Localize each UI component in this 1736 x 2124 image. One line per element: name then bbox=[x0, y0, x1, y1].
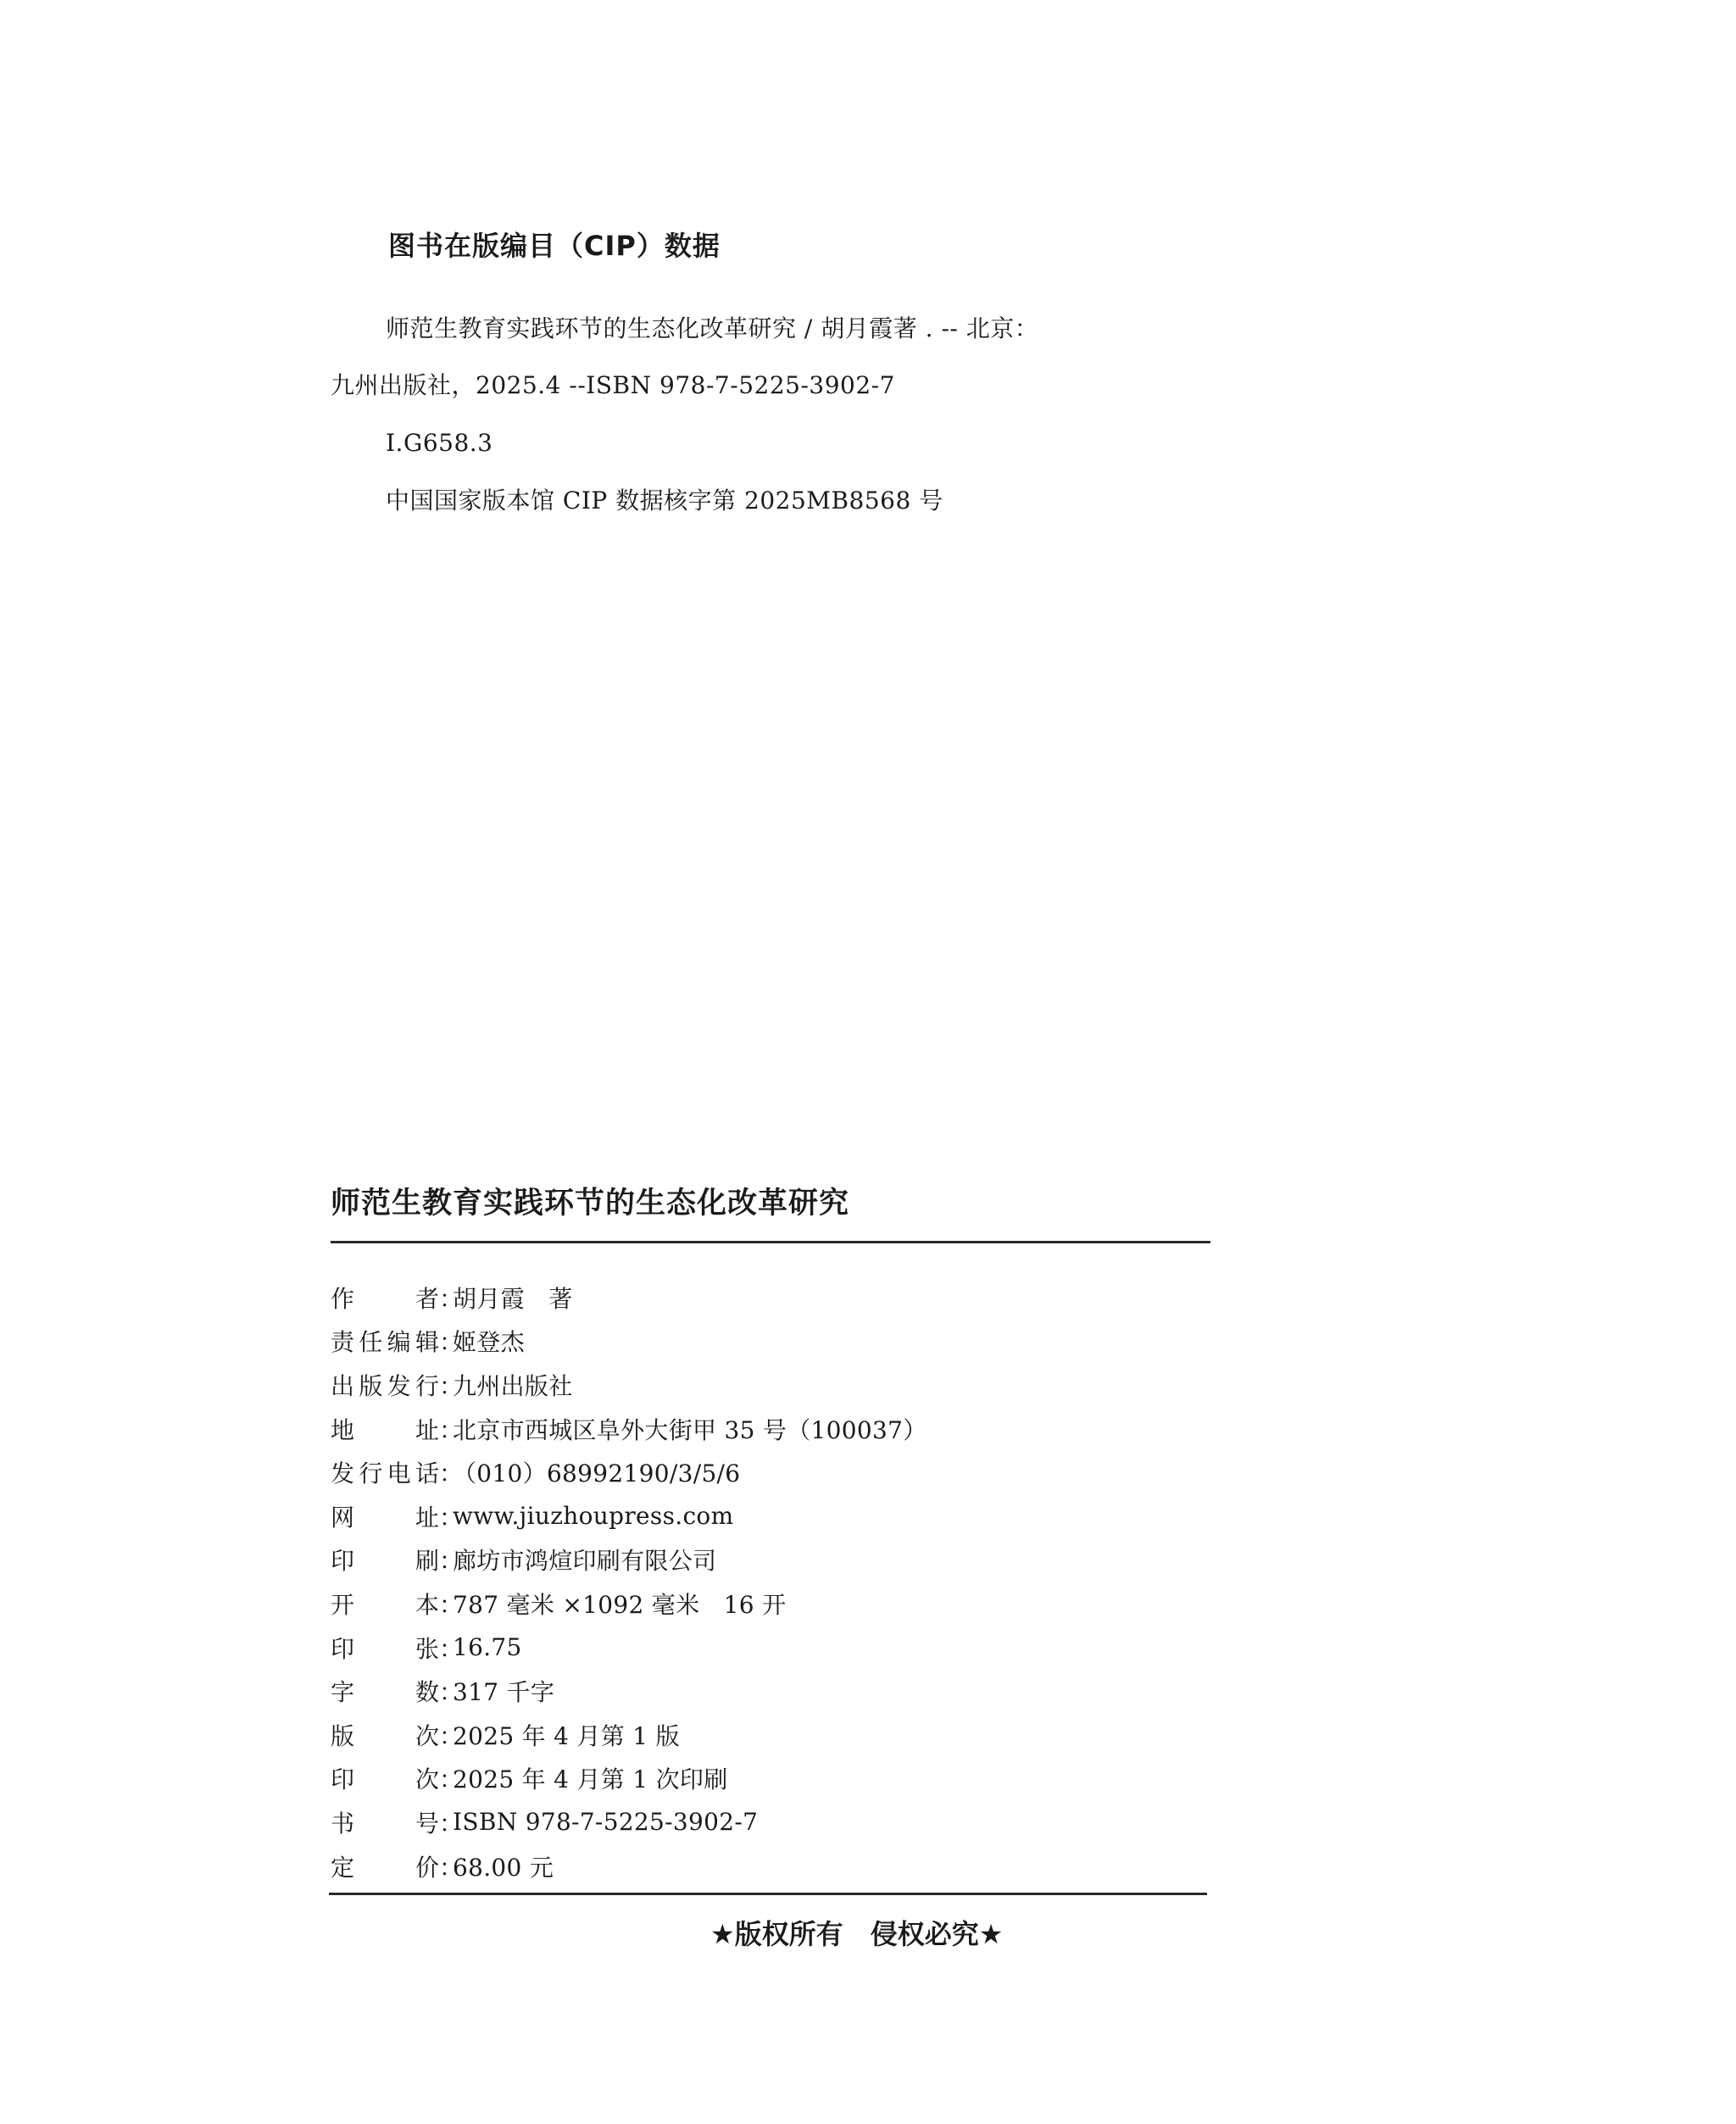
info-row-address: 地址：北京市西城区阜外大街甲 35 号（100037） bbox=[331, 1407, 927, 1451]
info-colon: ： bbox=[439, 1412, 453, 1446]
info-label: 责任编辑 bbox=[331, 1324, 439, 1358]
cip-record-number: 中国国家版本馆 CIP 数据核字第 2025MB8568 号 bbox=[386, 486, 943, 516]
info-value: 68.00 元 bbox=[453, 1849, 554, 1883]
info-row-author: 作者：胡月霞 著 bbox=[331, 1276, 927, 1320]
info-value: 廊坊市鸿煊印刷有限公司 bbox=[453, 1543, 716, 1576]
info-value: 787 毫米 ×1092 毫米 16 开 bbox=[453, 1587, 786, 1621]
publication-info-list: 作者：胡月霞 著 责任编辑：姬登杰 出版发行：九州出版社 地址：北京市西城区阜外… bbox=[331, 1276, 927, 1888]
info-label: 字数 bbox=[331, 1674, 439, 1708]
info-row-price: 定价：68.00 元 bbox=[331, 1844, 927, 1888]
info-label: 网址 bbox=[331, 1499, 439, 1533]
info-colon: ： bbox=[439, 1718, 453, 1752]
info-row-website: 网址：www.jiuzhoupress.com bbox=[331, 1494, 927, 1538]
info-colon: ： bbox=[439, 1674, 453, 1708]
info-value: 2025 年 4 月第 1 次印刷 bbox=[453, 1761, 728, 1795]
info-value: ISBN 978-7-5225-3902-7 bbox=[453, 1808, 758, 1836]
info-label: 开本 bbox=[331, 1587, 439, 1621]
info-value: 九州出版社 bbox=[453, 1368, 573, 1402]
info-label: 地址 bbox=[331, 1412, 439, 1446]
info-colon: ： bbox=[439, 1587, 453, 1621]
top-divider bbox=[331, 1241, 1210, 1243]
info-label: 印刷 bbox=[331, 1543, 439, 1576]
info-row-edition: 版次：2025 年 4 月第 1 版 bbox=[331, 1713, 927, 1757]
info-label: 印次 bbox=[331, 1761, 439, 1795]
info-value: 胡月霞 著 bbox=[453, 1281, 573, 1315]
info-colon: ： bbox=[439, 1368, 453, 1402]
info-value: 16.75 bbox=[453, 1633, 522, 1661]
info-label: 发行电话 bbox=[331, 1455, 439, 1489]
info-label: 版次 bbox=[331, 1718, 439, 1752]
info-colon: ： bbox=[439, 1543, 453, 1576]
info-colon: ： bbox=[439, 1805, 453, 1839]
info-colon: ： bbox=[439, 1631, 453, 1665]
info-colon: ： bbox=[439, 1281, 453, 1315]
info-colon: ： bbox=[439, 1455, 453, 1489]
info-row-phone: 发行电话：（010）68992190/3/5/6 bbox=[331, 1450, 927, 1494]
info-row-printer: 印刷：廊坊市鸿煊印刷有限公司 bbox=[331, 1538, 927, 1582]
bottom-divider bbox=[329, 1893, 1207, 1895]
info-label: 书号 bbox=[331, 1805, 439, 1839]
info-value: 2025 年 4 月第 1 版 bbox=[453, 1718, 680, 1752]
copyright-page: 图书在版编目（CIP）数据 师范生教育实践环节的生态化改革研究 / 胡月霞著 .… bbox=[0, 0, 1736, 2124]
info-value: 北京市西城区阜外大街甲 35 号（100037） bbox=[453, 1412, 927, 1446]
book-title: 师范生教育实践环节的生态化改革研究 bbox=[331, 1185, 849, 1222]
info-row-publisher: 出版发行：九州出版社 bbox=[331, 1363, 927, 1407]
info-label: 作者 bbox=[331, 1281, 439, 1315]
info-value: 姬登杰 bbox=[453, 1324, 525, 1358]
info-value: www.jiuzhoupress.com bbox=[453, 1502, 733, 1530]
info-row-format: 开本：787 毫米 ×1092 毫米 16 开 bbox=[331, 1582, 927, 1626]
cip-publisher-line: 九州出版社，2025.4 --ISBN 978-7-5225-3902-7 bbox=[331, 370, 895, 401]
info-row-isbn: 书号：ISBN 978-7-5225-3902-7 bbox=[331, 1800, 927, 1844]
info-label: 出版发行 bbox=[331, 1368, 439, 1402]
copyright-notice: ★版权所有 侵权必究★ bbox=[710, 1917, 1003, 1951]
info-row-editor: 责任编辑：姬登杰 bbox=[331, 1320, 927, 1364]
cip-classification: Ⅰ.G658.3 bbox=[386, 428, 493, 459]
info-label: 印张 bbox=[331, 1631, 439, 1665]
info-colon: ： bbox=[439, 1499, 453, 1533]
info-colon: ： bbox=[439, 1849, 453, 1883]
info-value: 317 千字 bbox=[453, 1674, 554, 1708]
info-row-sheets: 印张：16.75 bbox=[331, 1626, 927, 1670]
info-colon: ： bbox=[439, 1324, 453, 1358]
info-row-word-count: 字数：317 千字 bbox=[331, 1669, 927, 1713]
info-value: （010）68992190/3/5/6 bbox=[453, 1455, 740, 1489]
info-colon: ： bbox=[439, 1761, 453, 1795]
cip-heading: 图书在版编目（CIP）数据 bbox=[388, 229, 721, 263]
info-row-printing: 印次：2025 年 4 月第 1 次印刷 bbox=[331, 1757, 927, 1801]
cip-title-line: 师范生教育实践环节的生态化改革研究 / 胡月霞著 . -- 北京： bbox=[386, 314, 1038, 344]
info-label: 定价 bbox=[331, 1849, 439, 1883]
